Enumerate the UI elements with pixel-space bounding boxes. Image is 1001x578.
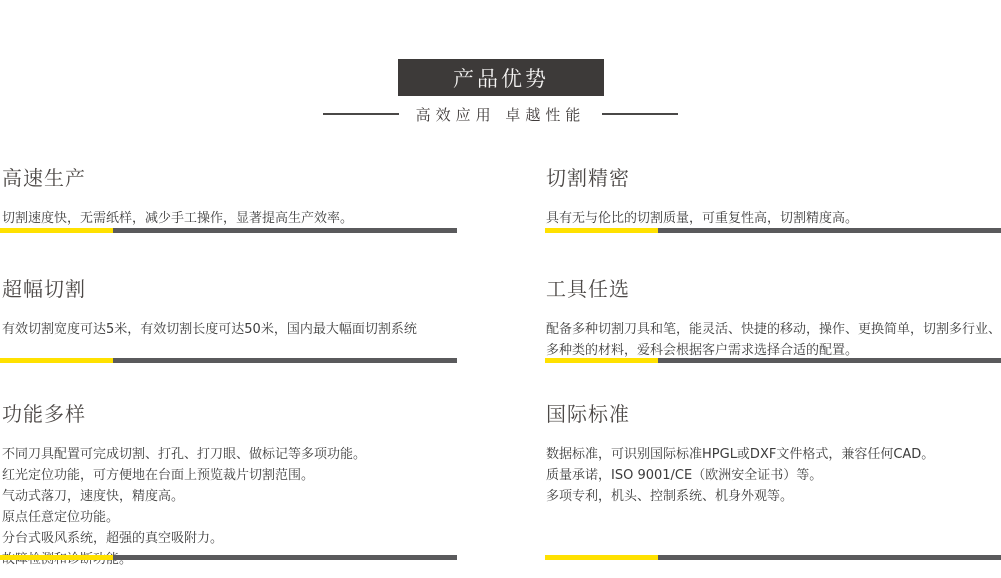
feature-international-standard: 国际标准 数据标准，可识别国际标准HPGL或DXF文件格式，兼容任何CAD。 质… (546, 398, 1001, 507)
divider-bar-accent (0, 228, 113, 233)
divider-bar (545, 555, 1001, 560)
feature-precise-cutting: 切割精密 具有无与伦比的切割质量，可重复性高，切割精度高。 (546, 162, 1001, 229)
feature-title: 高速生产 (2, 162, 458, 191)
subtitle-line-left (323, 113, 399, 115)
feature-description-line: 质量承诺，ISO 9001/CE（欧洲安全证书）等。 (546, 465, 1001, 486)
feature-description: 切割速度快，无需纸样，减少手工操作，显著提高生产效率。 (2, 208, 458, 229)
divider-bar (0, 228, 457, 233)
section-subtitle-row: 高效应用 卓越性能 (0, 103, 1001, 125)
subtitle-line-right (602, 113, 678, 115)
feature-description-line: 分台式吸风系统，超强的真空吸附力。 (2, 528, 458, 549)
divider-bar (0, 555, 457, 560)
feature-description-line: 原点任意定位功能。 (2, 507, 458, 528)
feature-description: 有效切割宽度可达5米，有效切割长度可达50米，国内最大幅面切割系统 (2, 319, 458, 340)
feature-title: 功能多样 (2, 398, 458, 427)
divider-bar-accent (0, 555, 113, 560)
feature-title: 超幅切割 (2, 273, 458, 302)
section-title: 产品优势 (453, 63, 549, 93)
divider-bar (0, 358, 457, 363)
feature-high-speed-production: 高速生产 切割速度快，无需纸样，减少手工操作，显著提高生产效率。 (2, 162, 458, 229)
feature-title: 工具任选 (546, 273, 1001, 302)
feature-title: 切割精密 (546, 162, 1001, 191)
feature-description: 配备多种切割刀具和笔，能灵活、快捷的移动，操作、更换简单，切割多行业、多种类的材… (546, 319, 1001, 361)
feature-description-line: 气动式落刀，速度快，精度高。 (2, 486, 458, 507)
divider-bar (545, 358, 1001, 363)
feature-tool-selection: 工具任选 配备多种切割刀具和笔，能灵活、快捷的移动，操作、更换简单，切割多行业、… (546, 273, 1001, 361)
section-header-box: 产品优势 (398, 59, 604, 96)
divider-bar-accent (0, 358, 113, 363)
divider-bar-accent (545, 358, 658, 363)
feature-multi-function: 功能多样 不同刀具配置可完成切割、打孔、打刀眼、做标记等多项功能。 红光定位功能… (2, 398, 458, 570)
feature-title: 国际标准 (546, 398, 1001, 427)
divider-bar-accent (545, 555, 658, 560)
divider-bar-accent (545, 228, 658, 233)
feature-description-line: 多项专利，机头、控制系统、机身外观等。 (546, 486, 1001, 507)
feature-description-line: 不同刀具配置可完成切割、打孔、打刀眼、做标记等多项功能。 (2, 444, 458, 465)
feature-description-line: 红光定位功能，可方便地在台面上预览裁片切割范围。 (2, 465, 458, 486)
divider-bar (545, 228, 1001, 233)
product-advantages-section: 产品优势 高效应用 卓越性能 高速生产 切割速度快，无需纸样，减少手工操作，显著… (0, 0, 1001, 578)
feature-super-width-cutting: 超幅切割 有效切割宽度可达5米，有效切割长度可达50米，国内最大幅面切割系统 (2, 273, 458, 340)
section-subtitle: 高效应用 卓越性能 (416, 104, 586, 125)
feature-description-line: 数据标准，可识别国际标准HPGL或DXF文件格式，兼容任何CAD。 (546, 444, 1001, 465)
feature-description: 具有无与伦比的切割质量，可重复性高，切割精度高。 (546, 208, 1001, 229)
